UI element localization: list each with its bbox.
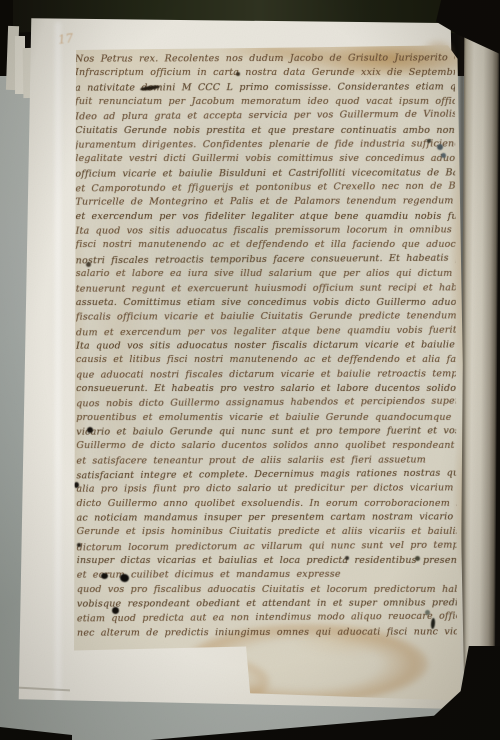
ink-spot (86, 262, 91, 267)
manuscript-photo: 17 Nos Petrus rex. Recolentes nos dudum … (0, 0, 500, 740)
page-edge-line (18, 687, 70, 692)
ink-spot (236, 72, 240, 76)
ink-spot (345, 556, 349, 560)
ink-spot (112, 607, 119, 614)
ink-spot-layer (66, 44, 468, 712)
ink-spot (427, 139, 431, 143)
next-leaf-fore-edge (460, 26, 500, 716)
ink-spot (415, 556, 420, 561)
ink-spot (77, 543, 81, 547)
page-fold-highlight (55, 22, 61, 704)
ink-spot (437, 144, 443, 150)
ink-spot (140, 85, 160, 92)
ink-spot (119, 573, 130, 583)
ink-spot (441, 153, 446, 158)
ink-spot (87, 427, 93, 433)
ink-spot (431, 617, 436, 628)
ink-spot (101, 573, 108, 579)
manuscript-document: Nos Petrus rex. Recolentes nos dudum Jac… (66, 44, 468, 712)
folio-number: 17 (57, 31, 74, 47)
ink-spot (425, 610, 430, 615)
